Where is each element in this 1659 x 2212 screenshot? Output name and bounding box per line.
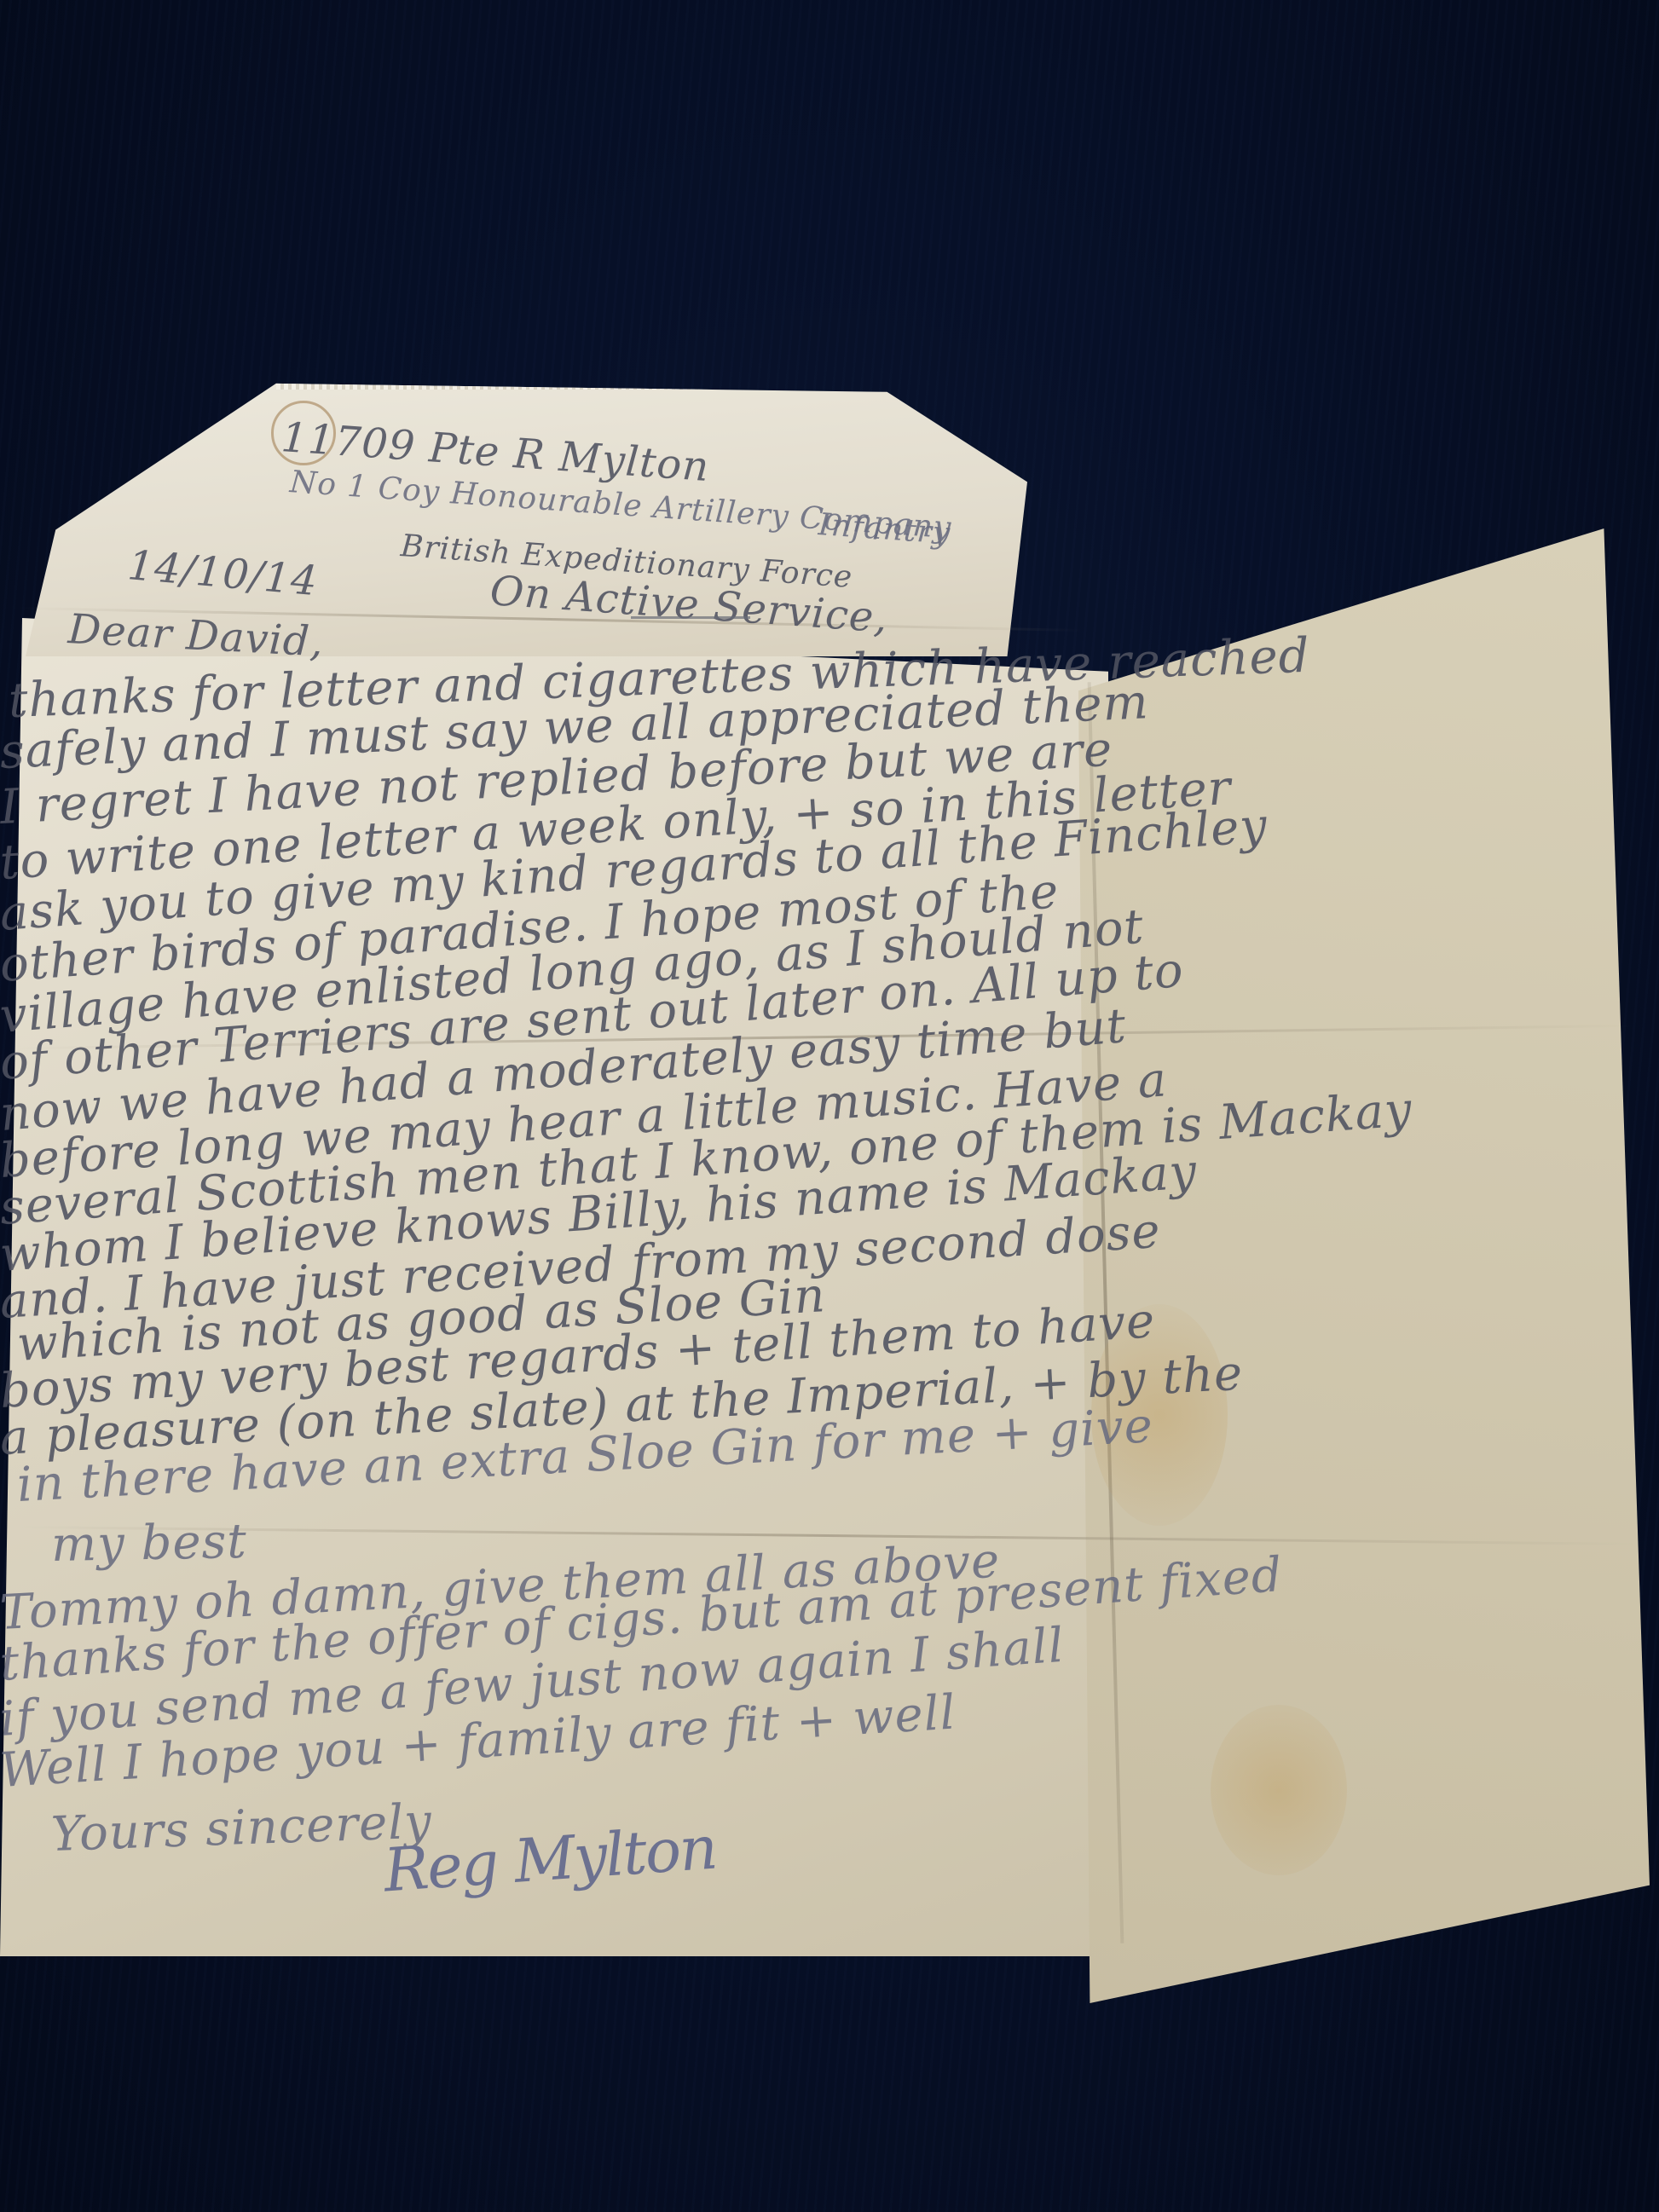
letter-sheet: 11709 Pte R Mylton No 1 Coy Honourable A… [0,0,1659,2212]
address-underline [631,616,750,619]
body-line: my best [50,1514,247,1573]
right-fold-panel [1078,528,1650,2003]
paper-stain [1211,1705,1347,1875]
